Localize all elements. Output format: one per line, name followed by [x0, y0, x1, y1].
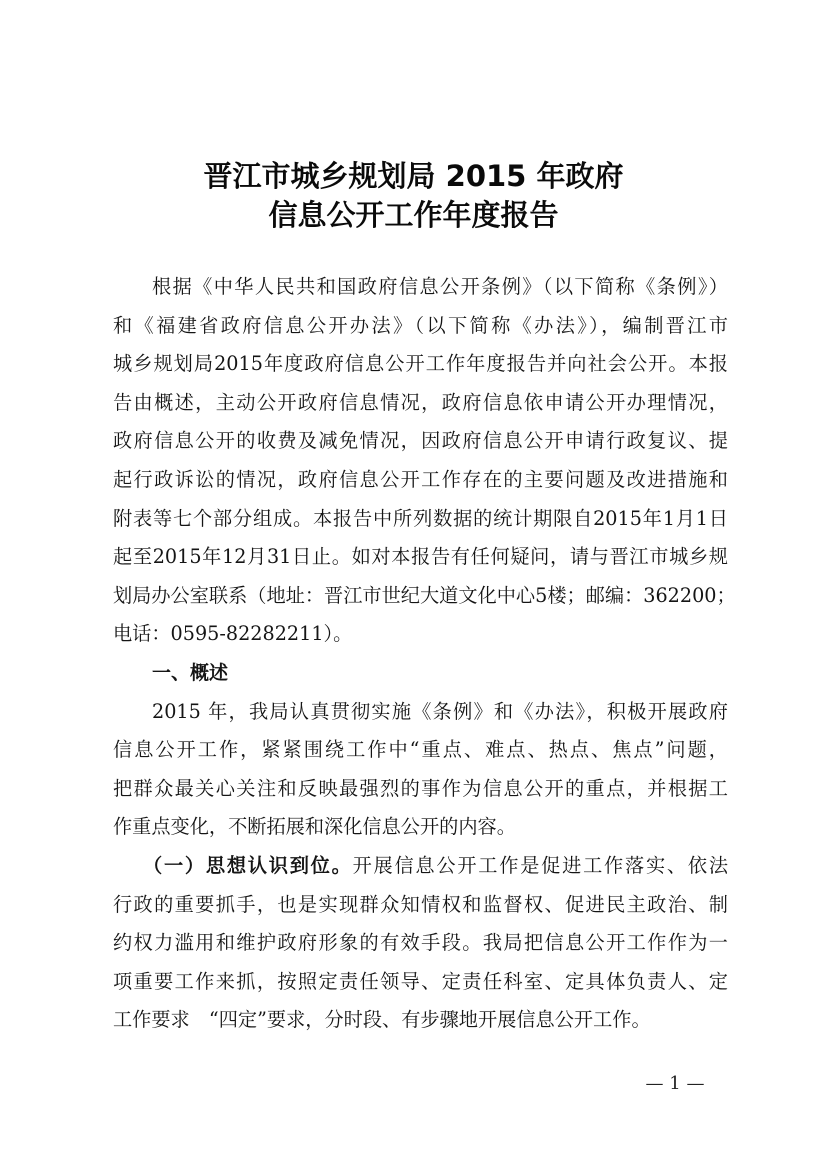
intro-line: 根据《中华人民共和国政府信息公开条例》（以下简称《条例》）	[113, 268, 728, 307]
subsection-line: 工作要求 “四定”要求，分时段、有步骤地开展信息公开工作。	[113, 1001, 728, 1040]
subsection-line: 约权力滥用和维护政府形象的有效手段。我局把信息公开工作作为一	[113, 924, 728, 963]
document-title-line-2: 信息公开工作年度报告	[0, 197, 827, 233]
intro-line: 政府信息公开的收费及减免情况，因政府信息公开申请行政复议、提	[113, 422, 728, 461]
overview-line: 把群众最关心关注和反映最强烈的事作为信息公开的重点，并根据工	[113, 770, 728, 809]
subsection-line: 行政的重要抓手，也是实现群众知情权和监督权、促进民主政治、制	[113, 886, 728, 925]
document-body: 根据《中华人民共和国政府信息公开条例》（以下简称《条例》） 和《福建省政府信息公…	[113, 268, 728, 1040]
intro-line: 城乡规划局2015年度政府信息公开工作年度报告并向社会公开。本报	[113, 345, 728, 384]
subsection-first-line-text: 开展信息公开工作是促进工作落实、依法	[353, 854, 728, 877]
intro-line: 电话：0595-82282211）。	[113, 615, 728, 654]
page-number: — 1 —	[640, 1073, 710, 1094]
subsection-lead-heading: （一）思想认识到位。	[143, 854, 353, 877]
intro-line: 附表等七个部分组成。本报告中所列数据的统计期限自2015年1月1日	[113, 500, 728, 539]
section-heading-overview: 一、概述	[113, 654, 728, 693]
intro-line: 起行政诉讼的情况，政府信息公开工作存在的主要问题及改进措施和	[113, 461, 728, 500]
overview-line: 作重点变化，不断拓展和深化信息公开的内容。	[113, 808, 728, 847]
subsection-line: 项重要工作来抓，按照定责任领导、定责任科室、定具体负责人、定	[113, 963, 728, 1002]
intro-line: 起至2015年12月31日止。如对本报告有任何疑问，请与晋江市城乡规	[113, 538, 728, 577]
overview-line: 2015 年，我局认真贯彻实施《条例》和《办法》，积极开展政府	[113, 693, 728, 732]
document-title-line-1: 晋江市城乡规划局 2015 年政府	[0, 158, 827, 194]
intro-line: 和《福建省政府信息公开办法》（以下简称《办法》），编制晋江市	[113, 307, 728, 346]
intro-line: 划局办公室联系（地址：晋江市世纪大道文化中心5楼；邮编：362200；	[113, 577, 728, 616]
document-page: 晋江市城乡规划局 2015 年政府 信息公开工作年度报告 根据《中华人民共和国政…	[0, 0, 827, 1169]
intro-line: 告由概述，主动公开政府信息情况，政府信息依申请公开办理情况，	[113, 384, 728, 423]
overview-line: 信息公开工作，紧紧围绕工作中“重点、难点、热点、焦点”问题，	[113, 731, 728, 770]
subsection-first-line: （一）思想认识到位。开展信息公开工作是促进工作落实、依法	[113, 847, 728, 886]
